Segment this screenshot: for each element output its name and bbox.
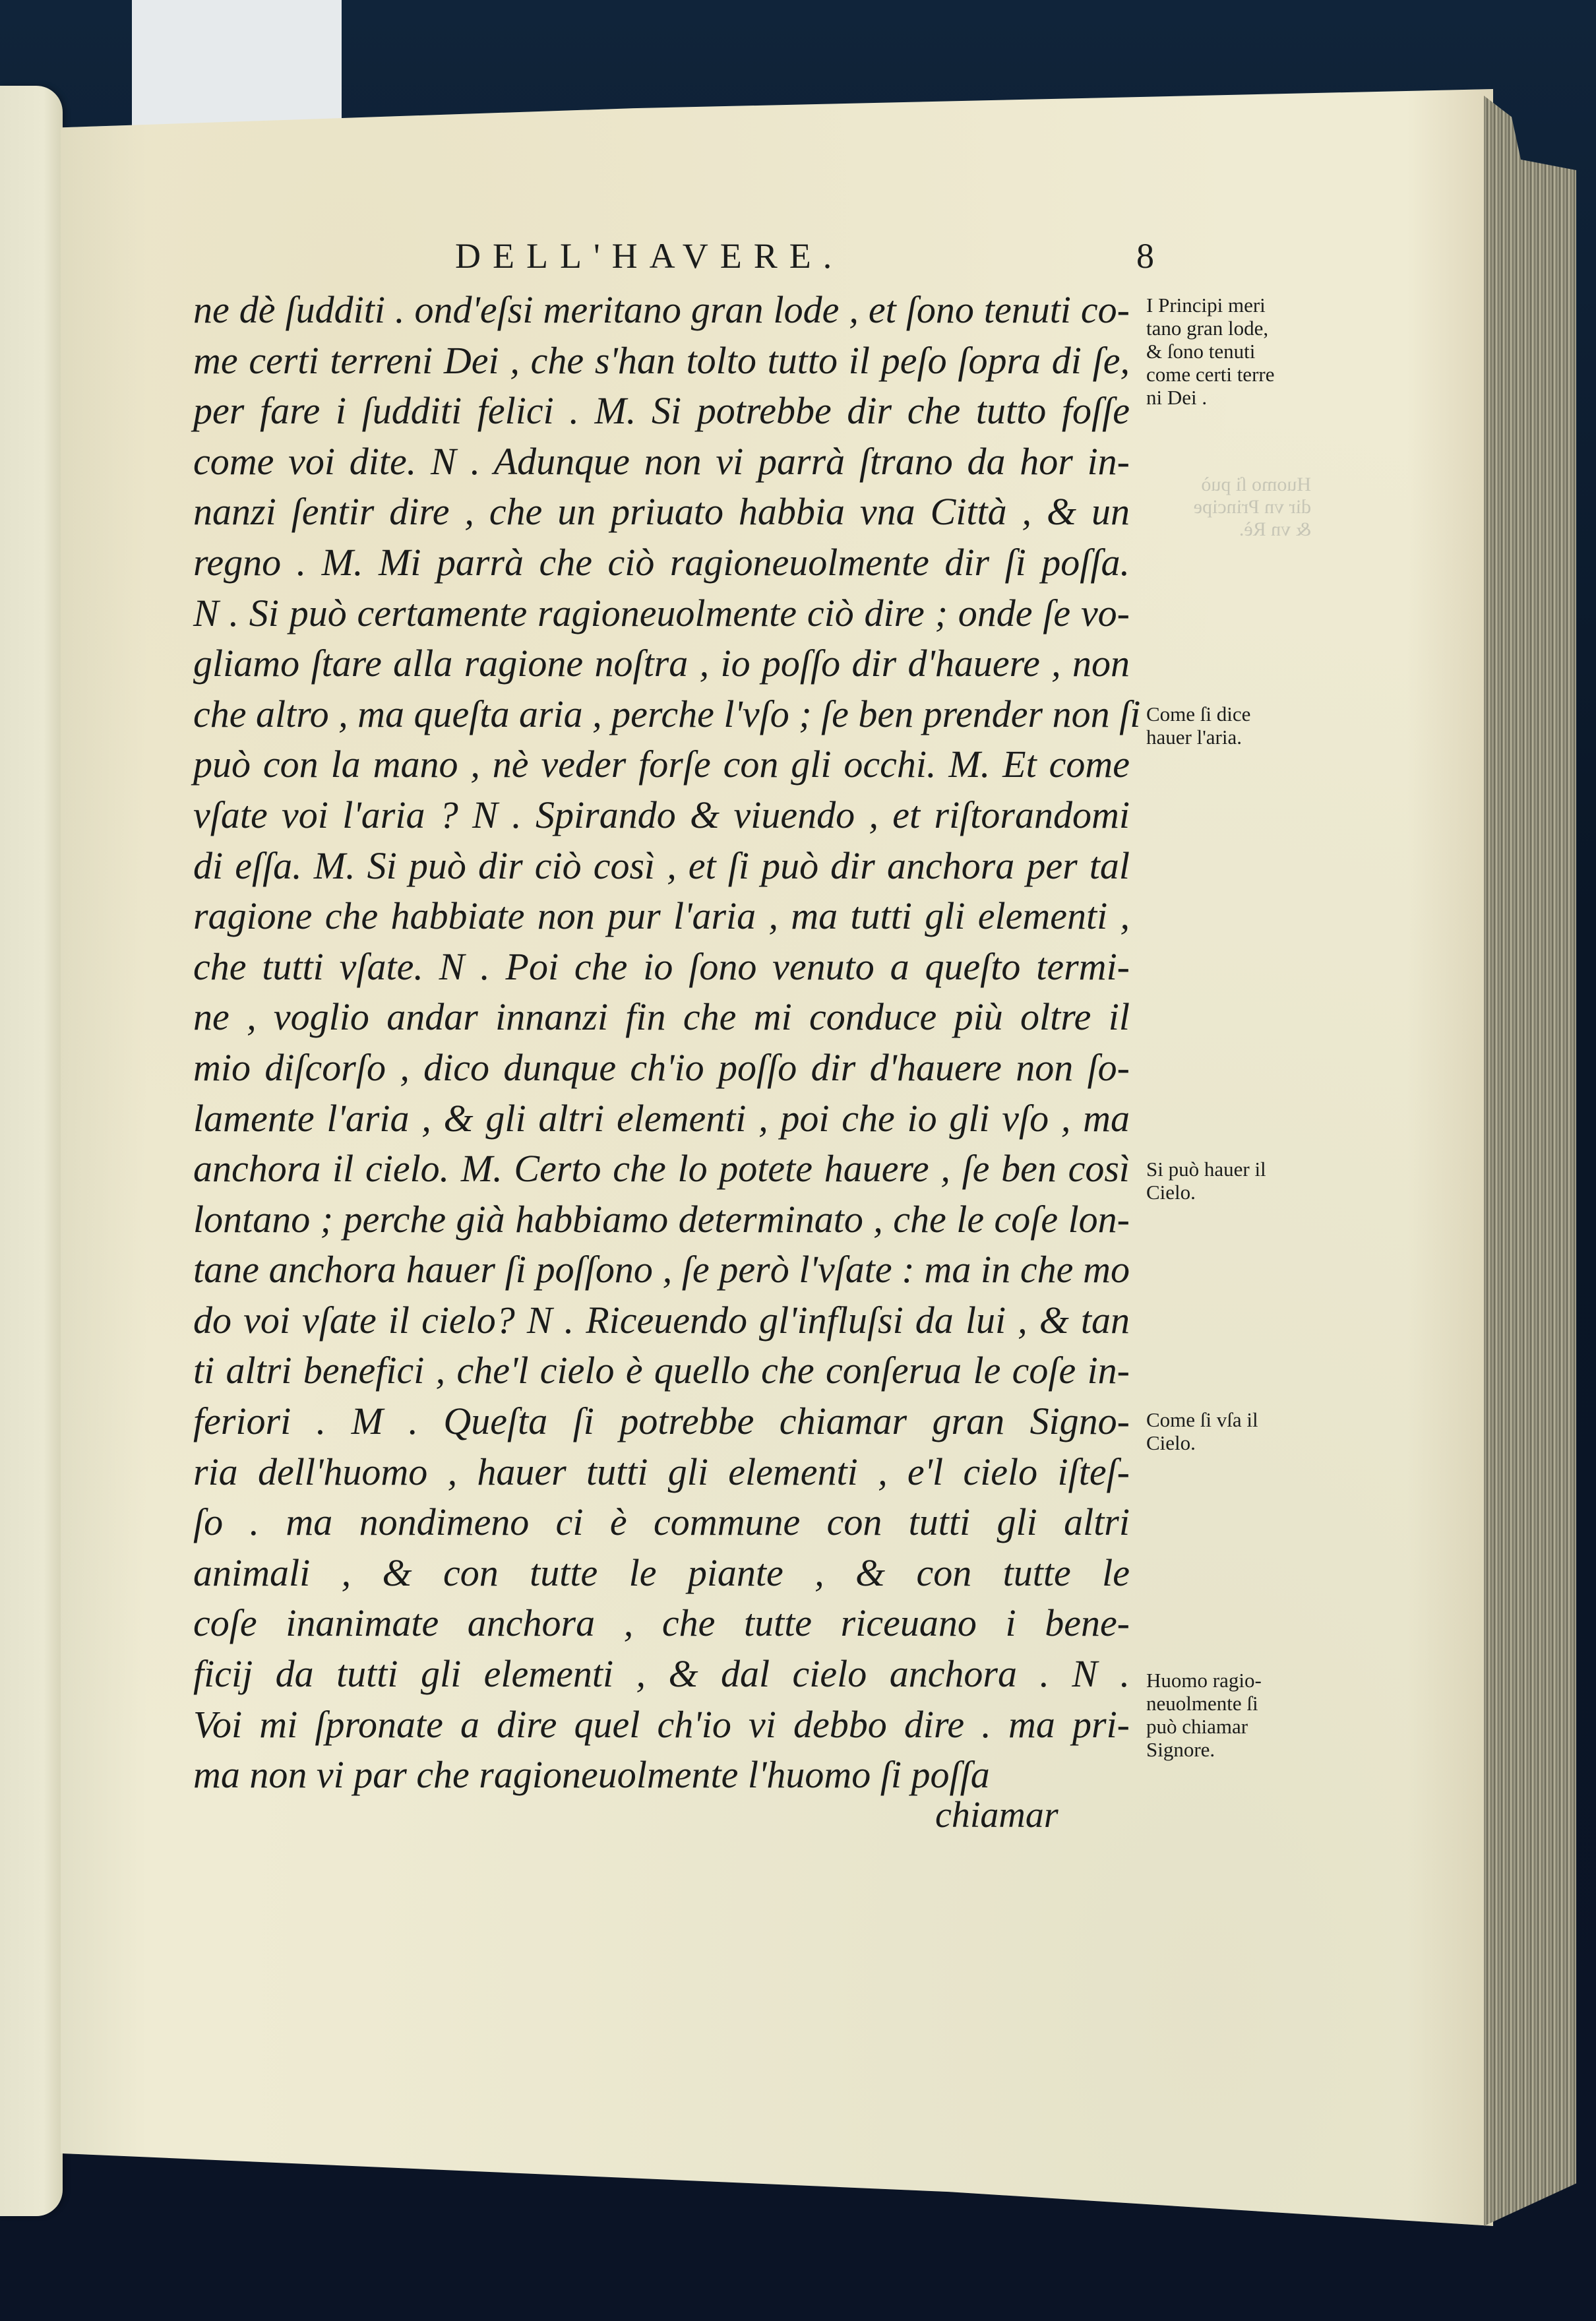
- text-line: di eſſa. M. Si può dir ciò così , et ſi …: [193, 841, 1130, 892]
- body-text: ne dè ſudditi . ond'eſsi meritano gran l…: [193, 285, 1130, 1801]
- text-line: lontano ; perche già habbiamo determinat…: [193, 1194, 1130, 1245]
- text-line: può con la mano , nè veder forſe con gli…: [193, 739, 1130, 790]
- text-line: ma non vi par che ragioneuolmente l'huom…: [193, 1750, 1130, 1801]
- marginal-note-aria: Come ſi dice hauer l'aria.: [1146, 702, 1311, 749]
- text-line: do voi vſate il cielo? N . Riceuendo gl'…: [193, 1295, 1130, 1346]
- text-line: vſate voi l'aria ? N . Spirando & viuend…: [193, 790, 1130, 841]
- text-line: tane anchora hauer ſi poſſono , ſe però …: [193, 1245, 1130, 1295]
- left-page-curl: [0, 86, 63, 2216]
- text-line: ria dell'huomo , hauer tutti gli element…: [193, 1447, 1130, 1498]
- text-line: Voi mi ſpronate a dire quel ch'io vi deb…: [193, 1700, 1130, 1750]
- page-fore-edge: [1484, 96, 1576, 2226]
- text-line: anchora il cielo. M. Certo che lo potete…: [193, 1144, 1130, 1194]
- text-line: ne dè ſudditi . ond'eſsi meritano gran l…: [193, 285, 1130, 336]
- catchword: chiamar: [935, 1794, 1059, 1836]
- text-line: coſe inanimate anchora , che tutte riceu…: [193, 1598, 1130, 1649]
- marginal-note-signore: Huomo ragio- neuolmente ſi può chiamar S…: [1146, 1669, 1311, 1761]
- running-title: DELL'HAVERE.: [455, 235, 844, 276]
- text-line: animali , & con tutte le piante , & con …: [193, 1548, 1130, 1599]
- text-line: per fare i ſudditi felici . M. Si potreb…: [193, 386, 1130, 437]
- text-line: che altro , ma queſta aria , perche l'vſ…: [193, 689, 1130, 740]
- text-line: ſo . ma nondimeno ci è commune con tutti…: [193, 1497, 1130, 1548]
- text-line: mio diſcorſo , dico dunque ch'io poſſo d…: [193, 1043, 1130, 1094]
- page-number: 8: [1136, 235, 1154, 276]
- text-line: N . Si può certamente ragioneuolmente ci…: [193, 588, 1130, 639]
- text-line: che tutti vſate. N . Poi che io ſono ven…: [193, 942, 1130, 993]
- text-line: nanzi ſentir dire , che un priuato habbi…: [193, 487, 1130, 538]
- text-line: ne , voglio andar innanzi fin che mi con…: [193, 992, 1130, 1043]
- marginal-note-principi: I Principi meri tano gran lode, & ſono t…: [1146, 294, 1311, 409]
- show-through-text: Huomo ſi può dir vn Principe & vn Rè.: [1153, 474, 1311, 541]
- text-line: ragione che habbiate non pur l'aria , ma…: [193, 891, 1130, 942]
- text-line: lamente l'aria , & gli altri elementi , …: [193, 1094, 1130, 1144]
- text-line: gliamo ſtare alla ragione noſtra , io po…: [193, 638, 1130, 689]
- text-line: feriori . M . Queſta ſi potrebbe chiamar…: [193, 1396, 1130, 1447]
- text-line: me certi terreni Dei , che s'han tolto t…: [193, 336, 1130, 387]
- marginal-note-hauer-cielo: Si può hauer il Cielo.: [1146, 1158, 1311, 1204]
- text-line: ficij da tutti gli elementi , & dal ciel…: [193, 1649, 1130, 1700]
- running-head: DELL'HAVERE. 8: [455, 235, 1154, 282]
- marginal-note-vsa-cielo: Come ſi vſa il Cielo.: [1146, 1408, 1311, 1454]
- text-line: come voi dite. N . Adunque non vi parrà …: [193, 437, 1130, 487]
- text-line: regno . M. Mi parrà che ciò ragioneuolme…: [193, 538, 1130, 588]
- text-line: ti altri benefici , che'l cielo è quello…: [193, 1346, 1130, 1396]
